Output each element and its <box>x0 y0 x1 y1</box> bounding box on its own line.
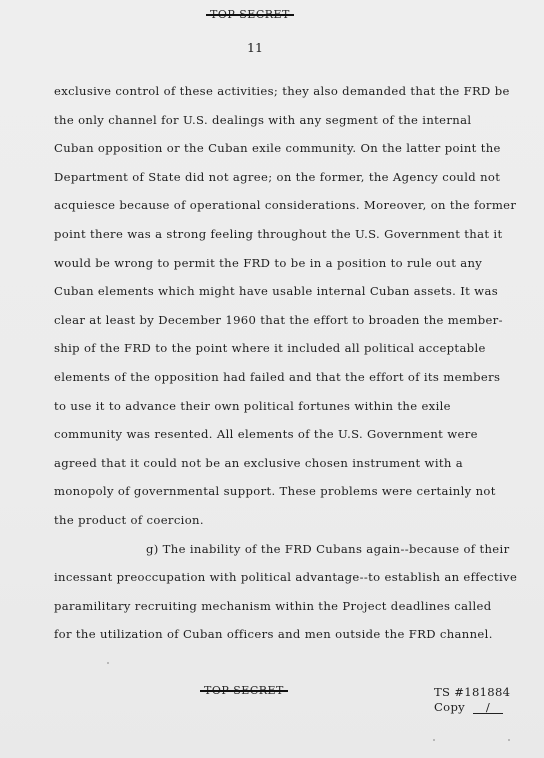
footer-classification-stamp: TOP SECRET <box>204 684 284 697</box>
ts-control-block: TS #181884 Copy / <box>434 685 510 715</box>
text-line: to use it to advance their own political… <box>54 399 534 428</box>
strikethrough-line <box>206 14 294 16</box>
text-line: clear at least by December 1960 that the… <box>54 313 534 342</box>
body-text: exclusive control of these activities; t… <box>54 84 534 656</box>
strikethrough-line <box>200 690 288 692</box>
text-line: the only channel for U.S. dealings with … <box>54 113 534 142</box>
text-line: Department of State did not agree; on th… <box>54 170 534 199</box>
text-line: elements of the opposition had failed an… <box>54 370 534 399</box>
page-number: 11 <box>247 40 263 55</box>
text-line: community was resented. All elements of … <box>54 427 534 456</box>
copy-number: / <box>473 702 503 714</box>
text-line: acquiesce because of operational conside… <box>54 198 534 227</box>
text-line: monopoly of governmental support. These … <box>54 484 534 513</box>
copy-row: Copy / <box>434 700 510 715</box>
text-line: for the utilization of Cuban officers an… <box>54 627 534 656</box>
scan-speck <box>508 739 510 741</box>
text-line: the product of coercion. <box>54 513 534 542</box>
scan-speck <box>107 662 109 664</box>
copy-label: Copy <box>434 700 465 714</box>
paragraph-g-first-line: g) The inability of the FRD Cubans again… <box>54 542 534 571</box>
text-line: paramilitary recruiting mechanism within… <box>54 599 534 628</box>
text-line: would be wrong to permit the FRD to be i… <box>54 256 534 285</box>
text-line: incessant preoccupation with political a… <box>54 570 534 599</box>
text-line: point there was a strong feeling through… <box>54 227 534 256</box>
text-line: Cuban opposition or the Cuban exile comm… <box>54 141 534 170</box>
header-classification-stamp: TOP SECRET <box>210 8 290 21</box>
text-line: Cuban elements which might have usable i… <box>54 284 534 313</box>
text-line: agreed that it could not be an exclusive… <box>54 456 534 485</box>
ts-number: TS #181884 <box>434 685 510 700</box>
text-line: exclusive control of these activities; t… <box>54 84 534 113</box>
document-page: TOP SECRET 11 exclusive control of these… <box>0 0 544 758</box>
text-line: ship of the FRD to the point where it in… <box>54 341 534 370</box>
scan-speck <box>433 739 435 741</box>
